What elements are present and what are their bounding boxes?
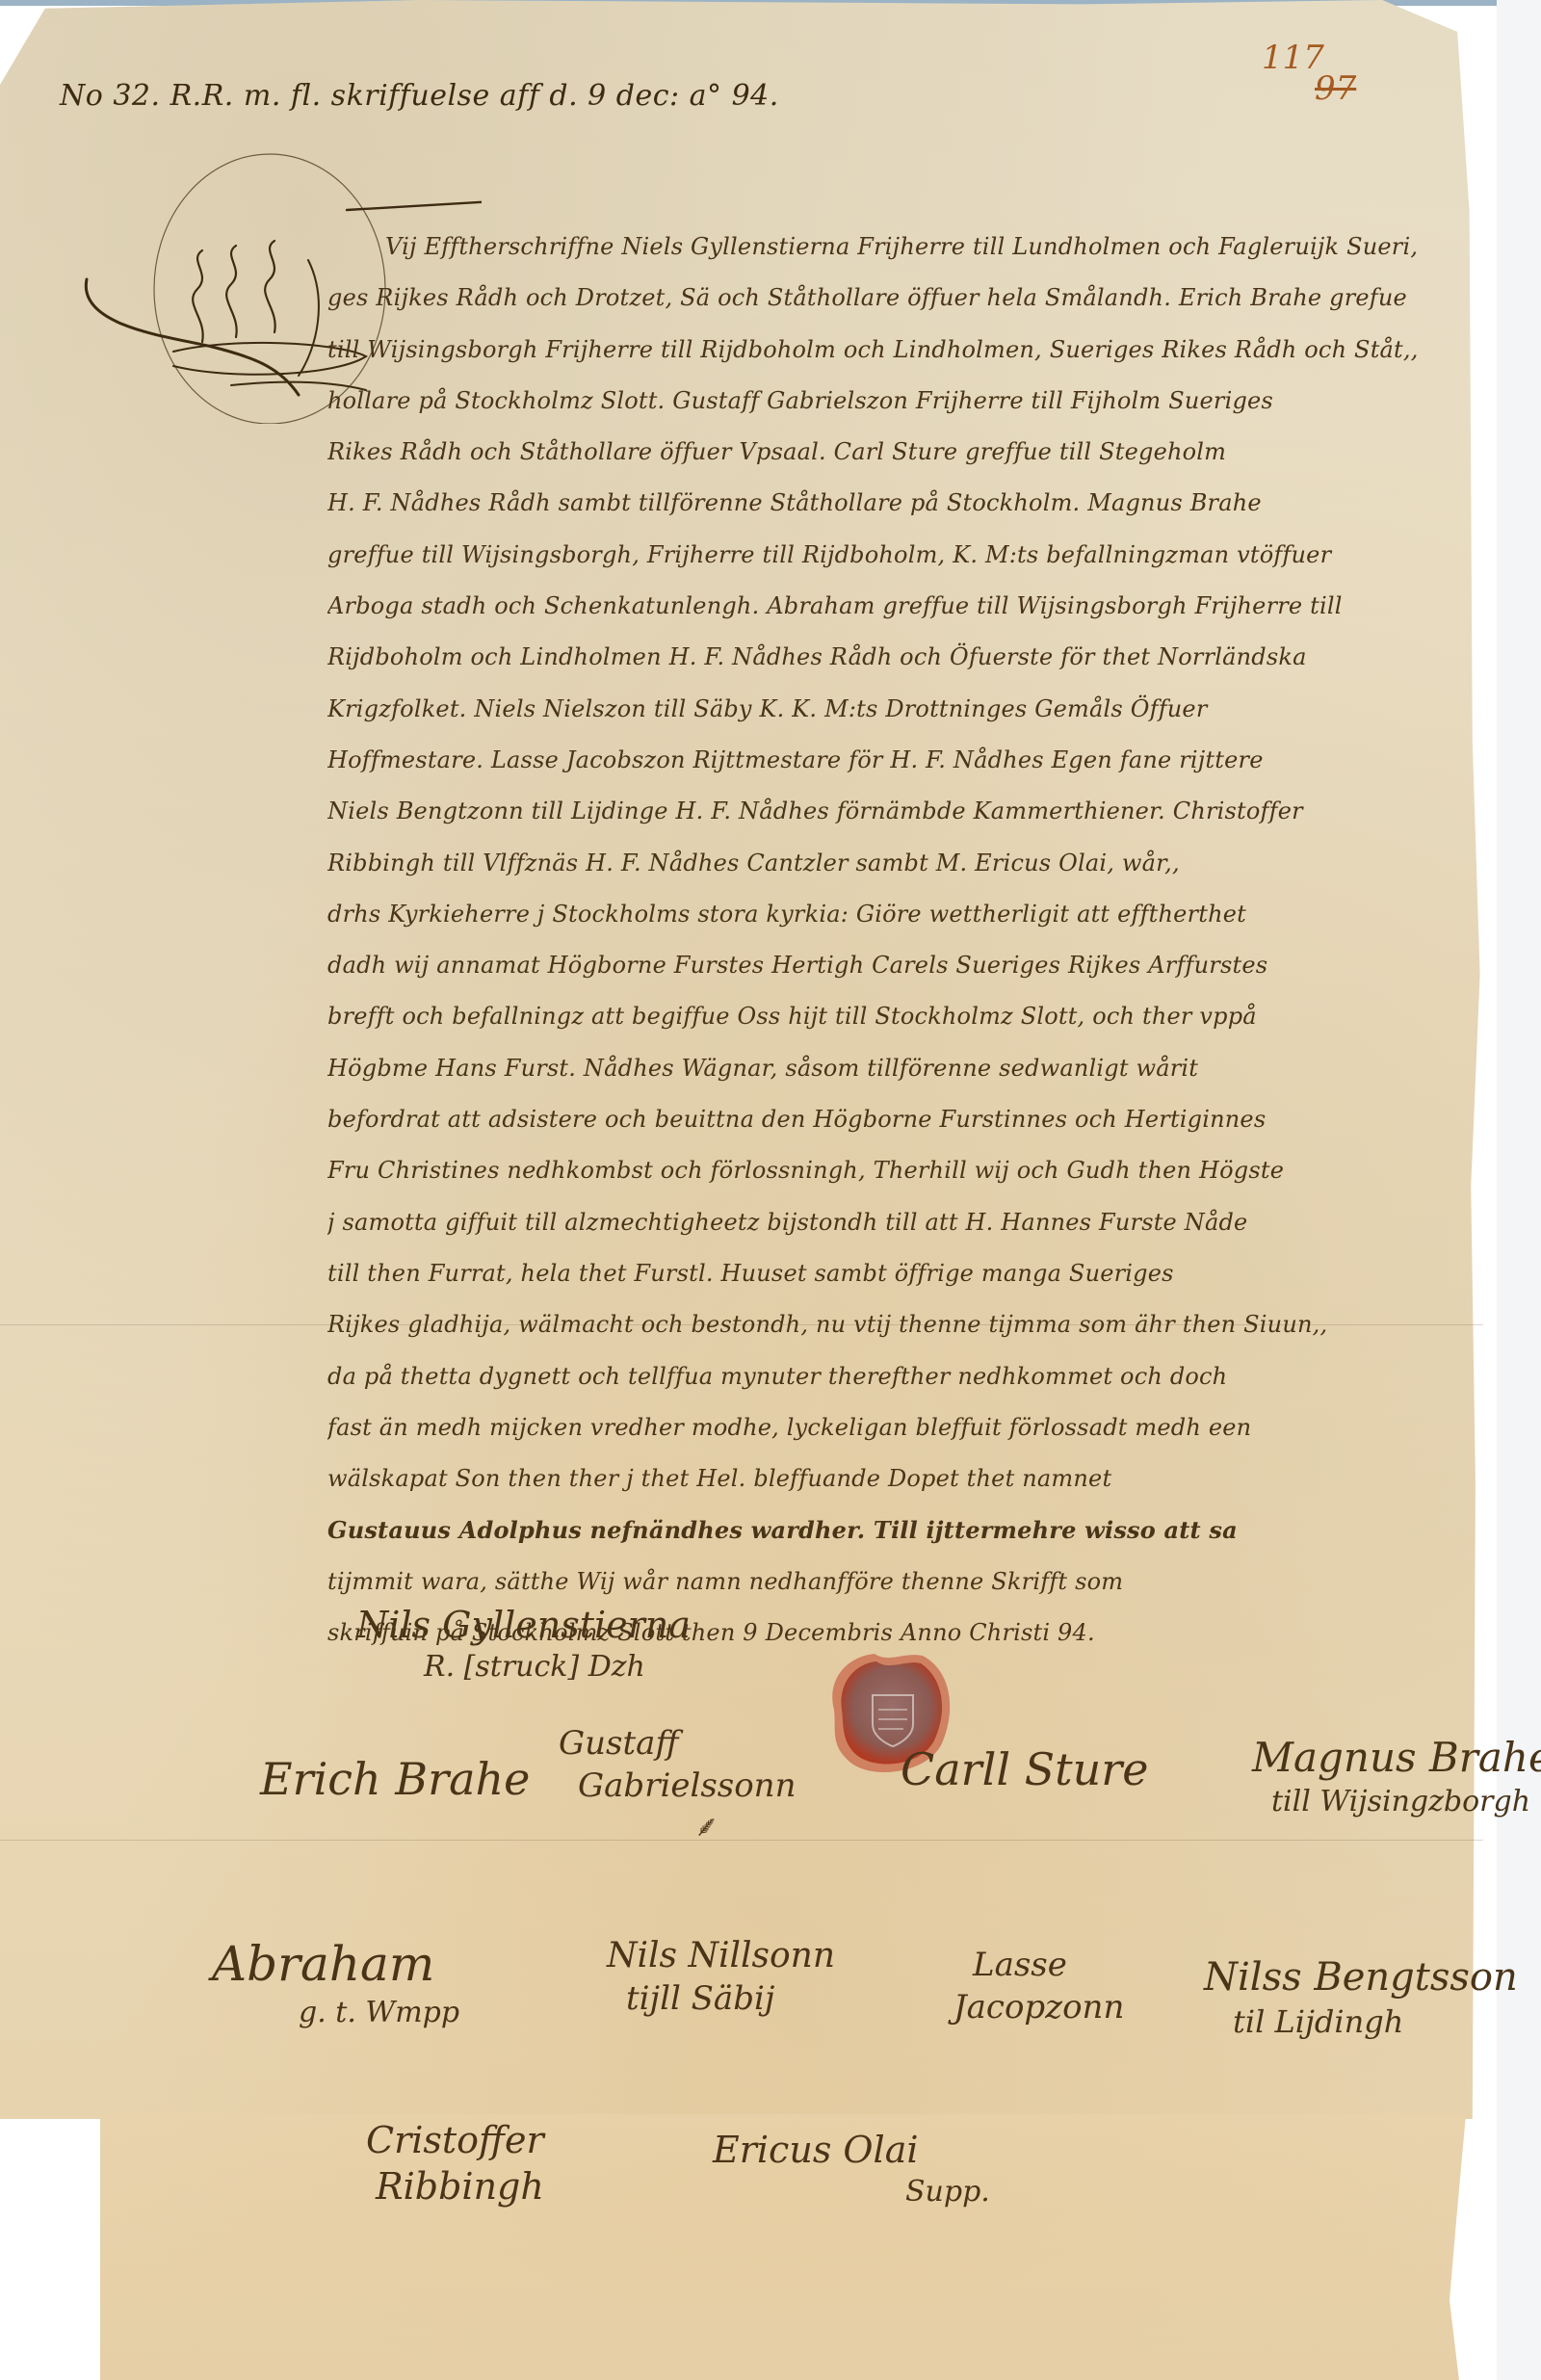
body-line: Niels Bengtzonn till Lijdinge H. F. Nådh… xyxy=(327,786,1464,837)
signature-nils-nilsson: Nils Nillsonn tijll Säbij xyxy=(607,1936,835,2018)
body-line: till then Furrat, hela thet Furstl. Huus… xyxy=(327,1248,1464,1299)
body-line: fast än medh mijcken vredher modhe, lyck… xyxy=(327,1402,1464,1453)
signature-subline: til Lijdingh xyxy=(1204,2003,1518,2040)
folio-number-old: 97 xyxy=(1315,69,1356,108)
signature-name: Nils Nillsonn xyxy=(607,1936,835,1975)
body-line: H. F. Nådhes Rådh sambt tillförenne Ståt… xyxy=(327,478,1464,529)
body-line: Rikes Rådh och Ståthollare öffuer Vpsaal… xyxy=(327,427,1464,478)
signature-name: Gustaff xyxy=(559,1724,679,1763)
paraph-mark-icon: ⸙ xyxy=(559,1805,716,1844)
signature-name: Erich Brahe xyxy=(260,1753,530,1805)
body-line: Rijdboholm och Lindholmen H. F. Nådhes R… xyxy=(327,632,1464,683)
signature-gustaff-gabrielsson: Gustaff Gabrielssonn ⸙ xyxy=(559,1724,796,1844)
body-line: brefft och befallningz att begiffue Oss … xyxy=(327,991,1464,1042)
signature-abraham-brahe: Abraham g. t. Wmpp xyxy=(212,1936,459,2029)
body-line: greffue till Wijsingsborgh, Frijherre ti… xyxy=(327,530,1464,581)
signature-subline: g. t. Wmpp xyxy=(212,1996,459,2029)
body-line: hollare på Stockholmz Slott. Gustaff Gab… xyxy=(327,376,1464,427)
body-line: j samotta giffuit till alzmechtigheetz b… xyxy=(327,1197,1464,1248)
signature-erich-brahe: Erich Brahe xyxy=(260,1753,530,1805)
signature-carl-sture: Carll Sture xyxy=(901,1743,1149,1795)
signature-name: Cristoffer xyxy=(366,2119,544,2161)
signature-subline: R. [struck] Dzh xyxy=(356,1650,691,1684)
body-line: tijmmit wara, sätthe Wij wår namn nedhan… xyxy=(327,1556,1464,1608)
signature-ericus-olai: Ericus Olai Supp. xyxy=(713,2129,990,2209)
signature-magnus-brahe: Magnus Brahe till Wijsingzborgh xyxy=(1252,1734,1541,1818)
body-line: Vij Efftherschriffne Niels Gyllenstierna… xyxy=(327,222,1464,273)
body-line: Hoffmestare. Lasse Jacobszon Rijttmestar… xyxy=(327,735,1464,786)
signature-subline: tijll Säbij xyxy=(607,1979,835,2018)
signature-name: Carll Sture xyxy=(901,1743,1149,1795)
signature-cristoffer-ribbing: Cristoffer Ribbingh xyxy=(366,2119,544,2208)
body-line: drhs Kyrkieherre j Stockholms stora kyrk… xyxy=(327,889,1464,940)
signature-lasse-jacobsson: Lasse Jacopzonn xyxy=(953,1946,1124,2027)
signature-subline: Gabrielssonn xyxy=(559,1766,796,1805)
signature-name: Nils Gyllenstierna xyxy=(356,1604,691,1646)
body-line: ges Rijkes Rådh och Drotzet, Sä och Ståt… xyxy=(327,273,1464,324)
signature-name: Nilss Bengtsson xyxy=(1204,1955,1518,2000)
body-line: Rijkes gladhija, wälmacht och bestondh, … xyxy=(327,1299,1464,1350)
signature-subline: Supp. xyxy=(713,2175,990,2209)
signature-subline: Jacopzonn xyxy=(953,1988,1124,2027)
body-line: Krigzfolket. Niels Nielszon till Säby K.… xyxy=(327,684,1464,735)
signature-name: Magnus Brahe xyxy=(1252,1734,1541,1781)
body-line: dadh wij annamat Högborne Furstes Hertig… xyxy=(327,940,1464,991)
body-line: till Wijsingsborgh Frijherre till Rijdbo… xyxy=(327,325,1464,376)
body-line: wälskapat Son then ther j thet Hel. blef… xyxy=(327,1453,1464,1504)
letter-body: Vij Efftherschriffne Niels Gyllenstierna… xyxy=(327,222,1464,1659)
body-line: Fru Christines nedhkombst och förlossnin… xyxy=(327,1145,1464,1196)
signature-name: Lasse xyxy=(953,1946,1067,1984)
signature-subline: till Wijsingzborgh xyxy=(1252,1785,1541,1818)
body-line: Arboga stadh och Schenkatunlengh. Abraha… xyxy=(327,581,1464,632)
body-line: Högbme Hans Furst. Nådhes Wägnar, såsom … xyxy=(327,1043,1464,1094)
signature-name: Ericus Olai xyxy=(713,2129,919,2171)
signature-nils-gyllenstierna: Nils Gyllenstierna R. [struck] Dzh xyxy=(356,1604,691,1684)
body-line: Ribbingh till Vlffznäs H. F. Nådhes Cant… xyxy=(327,838,1464,889)
body-line: befordrat att adsistere och beuittna den… xyxy=(327,1094,1464,1145)
signature-name: Abraham xyxy=(212,1936,434,1992)
signature-subline: Ribbingh xyxy=(366,2165,544,2208)
body-line-royal-name: Gustauus Adolphus nefnändhes wardher. Ti… xyxy=(327,1504,1464,1556)
body-line: da på thetta dygnett och tellffua mynute… xyxy=(327,1351,1464,1402)
signature-nils-bengtsson: Nilss Bengtsson til Lijdingh xyxy=(1204,1955,1518,2040)
